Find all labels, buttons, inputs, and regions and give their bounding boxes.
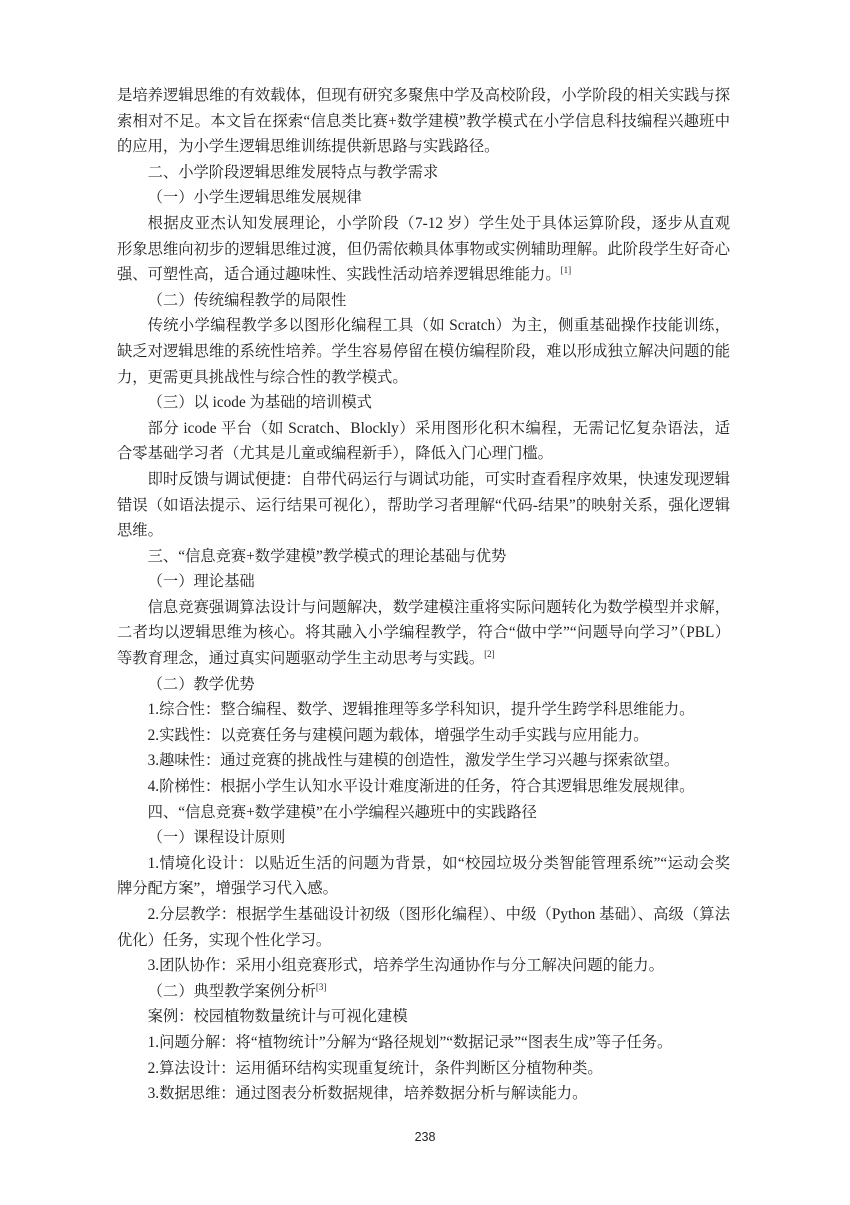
footnote-marker: [3]	[316, 982, 327, 992]
list-item: 1.综合性：整合编程、数学、逻辑推理等多学科知识，提升学生跨学科思维能力。	[117, 697, 730, 723]
paragraph-text: 四、“信息竞赛+数学建模”在小学编程兴趣班中的实践路径	[148, 804, 537, 821]
sub-heading: （二）传统编程教学的局限性	[117, 288, 730, 314]
list-item: 1.问题分解：将“植物统计”分解为“路径规划”“数据记录”“图表生成”等子任务。	[117, 1030, 730, 1056]
sub-heading: （一）课程设计原则	[117, 825, 730, 851]
list-item: 1.情境化设计：以贴近生活的问题为背景，如“校园垃圾分类智能管理系统”“运动会奖…	[117, 851, 730, 902]
paragraph-text: （二）传统编程教学的局限性	[148, 292, 347, 309]
paragraph-text: 4.阶梯性：根据小学生认知水平设计难度渐进的任务，符合其逻辑思维发展规律。	[148, 778, 695, 795]
section-heading: 四、“信息竞赛+数学建模”在小学编程兴趣班中的实践路径	[117, 800, 730, 826]
sub-heading: （三）以 icode 为基础的培训模式	[117, 390, 730, 416]
footnote-marker: [1]	[561, 265, 572, 275]
paragraph-text: （二）典型教学案例分析	[148, 983, 316, 1000]
paragraph: 信息竞赛强调算法设计与问题解决，数学建模注重将实际问题转化为数学模型并求解，二者…	[117, 595, 730, 672]
section-heading: 三、“信息竞赛+数学建模”教学模式的理论基础与优势	[117, 544, 730, 570]
paragraph-text: 1.综合性：整合编程、数学、逻辑推理等多学科知识，提升学生跨学科思维能力。	[148, 701, 695, 718]
document-body: 是培养逻辑思维的有效载体，但现有研究多聚焦中学及高校阶段，小学阶段的相关实践与探…	[117, 83, 730, 1107]
page-number: 238	[0, 1130, 850, 1144]
paragraph-text: 2.算法设计：运用循环结构实现重复统计，条件判断区分植物种类。	[148, 1060, 603, 1077]
section-heading: 二、小学阶段逻辑思维发展特点与教学需求	[117, 160, 730, 186]
list-item: 3.数据思维：通过图表分析数据规律，培养数据分析与解读能力。	[117, 1081, 730, 1107]
list-item: 4.阶梯性：根据小学生认知水平设计难度渐进的任务，符合其逻辑思维发展规律。	[117, 774, 730, 800]
paragraph-text: 1.问题分解：将“植物统计”分解为“路径规划”“数据记录”“图表生成”等子任务。	[148, 1034, 673, 1051]
paragraph-text: （一）理论基础	[148, 573, 255, 590]
list-item: 3.团队协作：采用小组竞赛形式，培养学生沟通协作与分工解决问题的能力。	[117, 953, 730, 979]
sub-heading: （二）教学优势	[117, 672, 730, 698]
paragraph-text: （二）教学优势	[148, 676, 255, 693]
paragraph-text: 即时反馈与调试便捷：自带代码运行与调试功能，可实时查看程序效果，快速发现逻辑错误…	[117, 471, 730, 539]
paragraph-text: 3.数据思维：通过图表分析数据规律，培养数据分析与解读能力。	[148, 1085, 588, 1102]
paragraph: 是培养逻辑思维的有效载体，但现有研究多聚焦中学及高校阶段，小学阶段的相关实践与探…	[117, 83, 730, 160]
paragraph-text: 二、小学阶段逻辑思维发展特点与教学需求	[148, 164, 439, 181]
paragraph: 即时反馈与调试便捷：自带代码运行与调试功能，可实时查看程序效果，快速发现逻辑错误…	[117, 467, 730, 544]
paragraph-text: 1.情境化设计：以贴近生活的问题为背景，如“校园垃圾分类智能管理系统”“运动会奖…	[117, 855, 730, 898]
list-item: 2.分层教学：根据学生基础设计初级（图形化编程）、中级（Python 基础）、高…	[117, 902, 730, 953]
paragraph: 部分 icode 平台（如 Scratch、Blockly）采用图形化积木编程，…	[117, 416, 730, 467]
sub-heading: （一）小学生逻辑思维发展规律	[117, 185, 730, 211]
paragraph-text: 部分 icode 平台（如 Scratch、Blockly）采用图形化积木编程，…	[117, 420, 730, 463]
footnote-marker: [2]	[484, 649, 495, 659]
sub-heading: （二）典型教学案例分析[3]	[117, 979, 730, 1005]
paragraph-text: 2.实践性：以竞赛任务与建模问题为载体，增强学生动手实践与应用能力。	[148, 727, 649, 744]
paragraph-text: 3.团队协作：采用小组竞赛形式，培养学生沟通协作与分工解决问题的能力。	[148, 957, 664, 974]
paragraph-text: （三）以 icode 为基础的培训模式	[148, 394, 372, 411]
paragraph-text: 根据皮亚杰认知发展理论，小学阶段（7-12 岁）学生处于具体运算阶段，逐步从直观…	[117, 215, 730, 283]
list-item: 2.实践性：以竞赛任务与建模问题为载体，增强学生动手实践与应用能力。	[117, 723, 730, 749]
paragraph-text: （一）小学生逻辑思维发展规律	[148, 189, 362, 206]
list-item: 2.算法设计：运用循环结构实现重复统计，条件判断区分植物种类。	[117, 1056, 730, 1082]
paragraph: 案例：校园植物数量统计与可视化建模	[117, 1004, 730, 1030]
paragraph-text: 案例：校园植物数量统计与可视化建模	[148, 1008, 408, 1025]
paragraph-text: 信息竞赛强调算法设计与问题解决，数学建模注重将实际问题转化为数学模型并求解，二者…	[117, 599, 730, 667]
list-item: 3.趣味性：通过竞赛的挑战性与建模的创造性，激发学生学习兴趣与探索欲望。	[117, 748, 730, 774]
paragraph-text: 3.趣味性：通过竞赛的挑战性与建模的创造性，激发学生学习兴趣与探索欲望。	[148, 752, 680, 769]
paragraph-text: 传统小学编程教学多以图形化编程工具（如 Scratch）为主，侧重基础操作技能训…	[117, 317, 730, 385]
paragraph-text: 是培养逻辑思维的有效载体，但现有研究多聚焦中学及高校阶段，小学阶段的相关实践与探…	[117, 87, 730, 155]
paragraph-text: 三、“信息竞赛+数学建模”教学模式的理论基础与优势	[148, 548, 507, 565]
paragraph: 根据皮亚杰认知发展理论，小学阶段（7-12 岁）学生处于具体运算阶段，逐步从直观…	[117, 211, 730, 288]
paragraph-text: 2.分层教学：根据学生基础设计初级（图形化编程）、中级（Python 基础）、高…	[117, 906, 730, 949]
document-page: 是培养逻辑思维的有效载体，但现有研究多聚焦中学及高校阶段，小学阶段的相关实践与探…	[0, 0, 850, 1205]
paragraph: 传统小学编程教学多以图形化编程工具（如 Scratch）为主，侧重基础操作技能训…	[117, 313, 730, 390]
paragraph-text: （一）课程设计原则	[148, 829, 286, 846]
sub-heading: （一）理论基础	[117, 569, 730, 595]
